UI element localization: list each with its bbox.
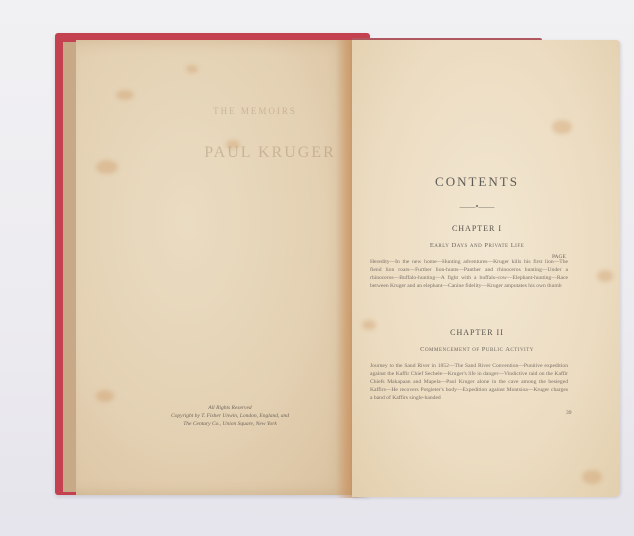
copyright-line-1: Copyright by T. Fisher Unwin, London, En…: [130, 412, 330, 420]
chapter-2-page-number: 39: [566, 410, 572, 416]
chapter-2-label: CHAPTER II: [352, 328, 602, 337]
chapter-1-summary: Heredity—In the new home—Hunting adventu…: [370, 258, 568, 290]
ornament-divider: ——•——: [452, 202, 502, 211]
rights-reserved: All Rights Reserved: [130, 404, 330, 412]
chapter-2-summary: Journey to the Sand River in 1852—The Sa…: [370, 362, 568, 402]
copyright-block: All Rights Reserved Copyright by T. Fish…: [130, 404, 330, 428]
contents-heading: CONTENTS: [352, 174, 602, 190]
copyright-line-2: The Century Co., Union Square, New York: [130, 420, 330, 428]
chapter-1-label: CHAPTER I: [352, 224, 602, 233]
chapter-1-title: Early Days and Private Life: [352, 242, 602, 249]
show-through-title: THE MEMOIRS: [180, 106, 330, 116]
chapter-2-title: Commencement of Public Activity: [352, 346, 602, 353]
show-through-name: PAUL KRUGER: [170, 144, 370, 162]
